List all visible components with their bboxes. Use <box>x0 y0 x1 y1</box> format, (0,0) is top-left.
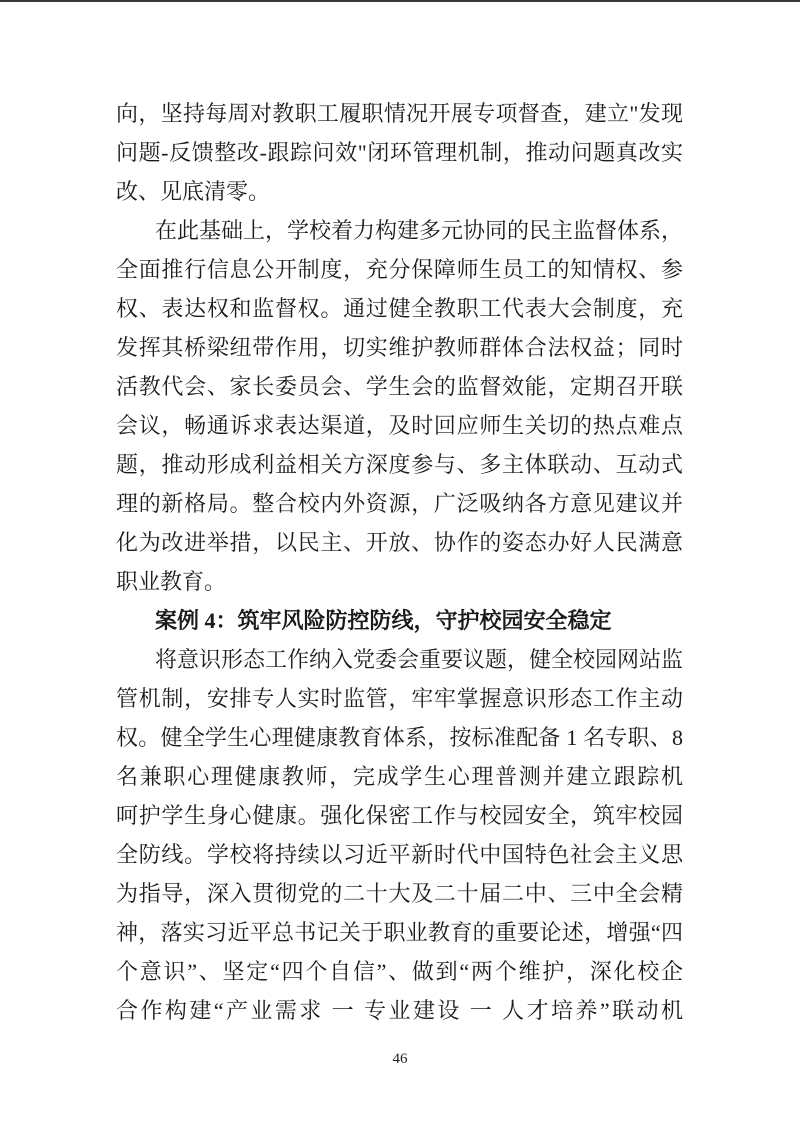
text-line: 全防线。学校将持续以习近平新时代中国特色社会主义思想 <box>116 835 683 874</box>
text-line: 权。健全学生心理健康教育体系，按标准配备 1 名专职、8 <box>116 718 683 757</box>
text-line: 个意识”、坚定“四个自信”、做到“两个维护，深化校企 <box>116 952 683 991</box>
page-number: 46 <box>393 1051 408 1067</box>
text-line: 改、见底清零。 <box>116 172 683 211</box>
text-line: 活教代会、家长委员会、学生会的监督效能，定期召开联席 <box>116 367 683 406</box>
text-paragraph: 将意识形态工作纳入党委会重要议题，健全校园网站监管机制，安排专人实时监管，牢牢掌… <box>116 640 683 1030</box>
text-line: 发挥其桥梁纽带作用，切实维护教师群体合法权益；同时激 <box>116 328 683 367</box>
case-heading: 案例 4：筑牢风险防控防线，守护校园安全稳定 <box>116 601 683 640</box>
text-line: 全面推行信息公开制度，充分保障师生员工的知情权、参与 <box>116 250 683 289</box>
text-paragraph: 向，坚持每周对教职工履职情况开展专项督查，建立"发现问题-反馈整改-跟踪问效"闭… <box>116 94 683 211</box>
text-line: 管机制，安排专人实时监管，牢牢掌握意识形态工作主动 <box>116 679 683 718</box>
text-line: 在此基础上，学校着力构建多元协同的民主监督体系， <box>116 211 683 250</box>
text-line: 为指导，深入贯彻党的二十大及二十届二中、三中全会精 <box>116 874 683 913</box>
text-line: 神，落实习近平总书记关于职业教育的重要论述，增强“四 <box>116 913 683 952</box>
text-line: 向，坚持每周对教职工履职情况开展专项督查，建立"发现 <box>116 94 683 133</box>
text-line: 问题-反馈整改-跟踪问效"闭环管理机制，推动问题真改实 <box>116 133 683 172</box>
text-line: 职业教育。 <box>116 562 683 601</box>
text-line: 理的新格局。整合校内外资源，广泛吸纳各方意见建议并转 <box>116 484 683 523</box>
text-line: 化为改进举措，以民主、开放、协作的姿态办好人民满意的 <box>116 523 683 562</box>
page-top-edge <box>0 0 800 2</box>
text-line: 名兼职心理健康教师，完成学生心理普测并建立跟踪机制， <box>116 757 683 796</box>
text-paragraph: 在此基础上，学校着力构建多元协同的民主监督体系，全面推行信息公开制度，充分保障师… <box>116 211 683 601</box>
text-line: 题，推动形成利益相关方深度参与、多主体联动、互动式治 <box>116 445 683 484</box>
text-block: 向，坚持每周对教职工履职情况开展专项督查，建立"发现问题-反馈整改-跟踪问效"闭… <box>116 94 683 1030</box>
page-footer: 46 <box>0 1049 800 1069</box>
text-line: 将意识形态工作纳入党委会重要议题，健全校园网站监 <box>116 640 683 679</box>
text-line: 会议，畅通诉求表达渠道，及时回应师生关切的热点难点问 <box>116 406 683 445</box>
text-line: 呵护学生身心健康。强化保密工作与校园安全，筑牢校园安 <box>116 796 683 835</box>
text-line: 合作构建“产业需求 一 专业建设 一 人才培养”联动机 <box>116 991 683 1030</box>
text-line: 权、表达权和监督权。通过健全教职工代表大会制度，充分 <box>116 289 683 328</box>
text-line: 案例 4：筑牢风险防控防线，守护校园安全稳定 <box>116 601 683 640</box>
document-page: 向，坚持每周对教职工履职情况开展专项督查，建立"发现问题-反馈整改-跟踪问效"闭… <box>0 0 800 1131</box>
